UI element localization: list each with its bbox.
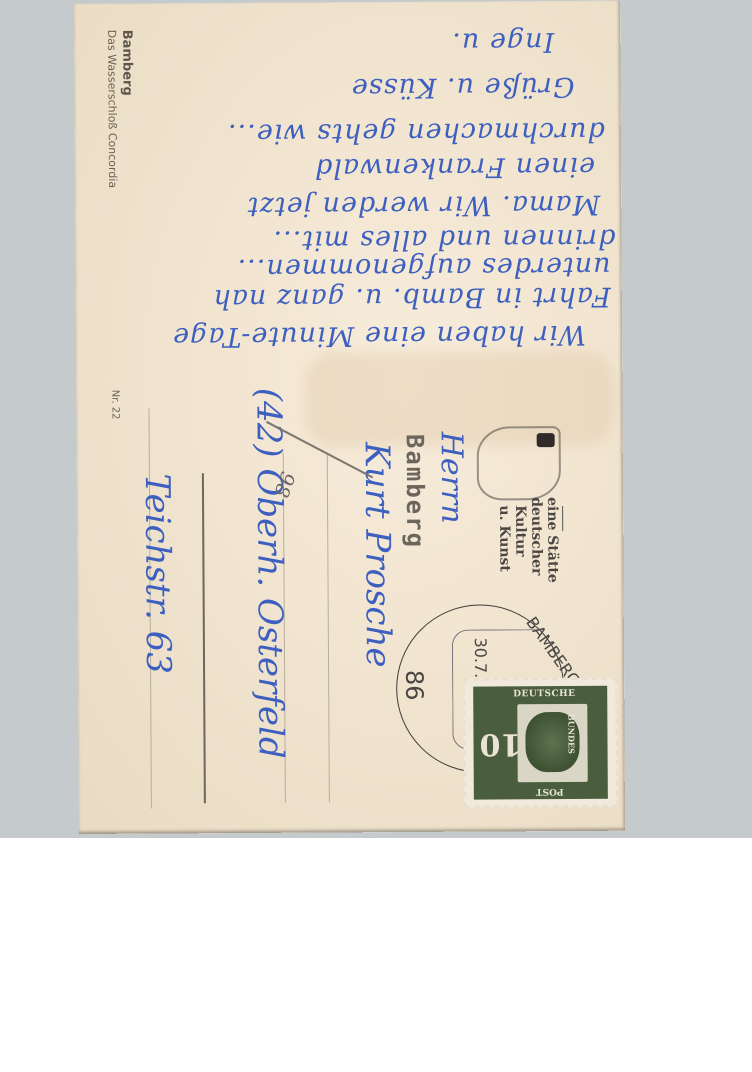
address-name: Kurt Prosche: [357, 442, 398, 668]
address-guide-line: [202, 473, 206, 803]
address-street: Teichstr. 63: [137, 473, 178, 674]
slogan-rule: [562, 506, 563, 531]
message-line: Grüße u. Küsse: [104, 71, 574, 105]
stamp-country-side: BUNDES: [566, 714, 576, 754]
durer-portrait-icon: [517, 704, 587, 782]
slogan-city: Bamberg: [401, 434, 430, 549]
postcard: Bamberg Das Wasserschloß Concordia Nr. 2…: [74, 1, 625, 834]
slogan-line: u. Kunst: [497, 505, 511, 572]
postage-stamp: DEUTSCHE BUNDES POST 10: [463, 678, 618, 808]
slogan-line: deutscher: [529, 497, 543, 575]
message-line: Fahrt in Bamb. u. ganz nah: [81, 281, 611, 315]
message-line: Wir haben eine Minute-Tage: [116, 319, 586, 353]
stamp-face: DEUTSCHE BUNDES POST 10: [473, 686, 608, 800]
slogan-line: eine Stätte: [545, 497, 560, 583]
stamp-value: 10: [479, 726, 521, 761]
message-line: einen Frankenwald: [95, 151, 595, 185]
postmark-code: 86: [400, 670, 428, 701]
stamp-country-bottom: POST: [536, 786, 564, 796]
message-line: Inge u.: [354, 26, 554, 58]
address-city: (42) Oberh. Osterfeld: [248, 388, 290, 759]
message-line: durchmachen gehts wie...: [155, 116, 605, 150]
message-line: drinnen und alles mit...: [125, 223, 615, 257]
slogan-line: Kultur: [513, 505, 527, 556]
address-herrn: Herrn: [434, 432, 470, 524]
address-guide-line: [327, 452, 330, 802]
card-number: Nr. 22: [109, 390, 120, 420]
message-line: Mama. Wir werden jetzt: [110, 189, 600, 223]
figure-hat-icon: [537, 433, 555, 447]
stamp-country-top: DEUTSCHE: [513, 689, 575, 699]
